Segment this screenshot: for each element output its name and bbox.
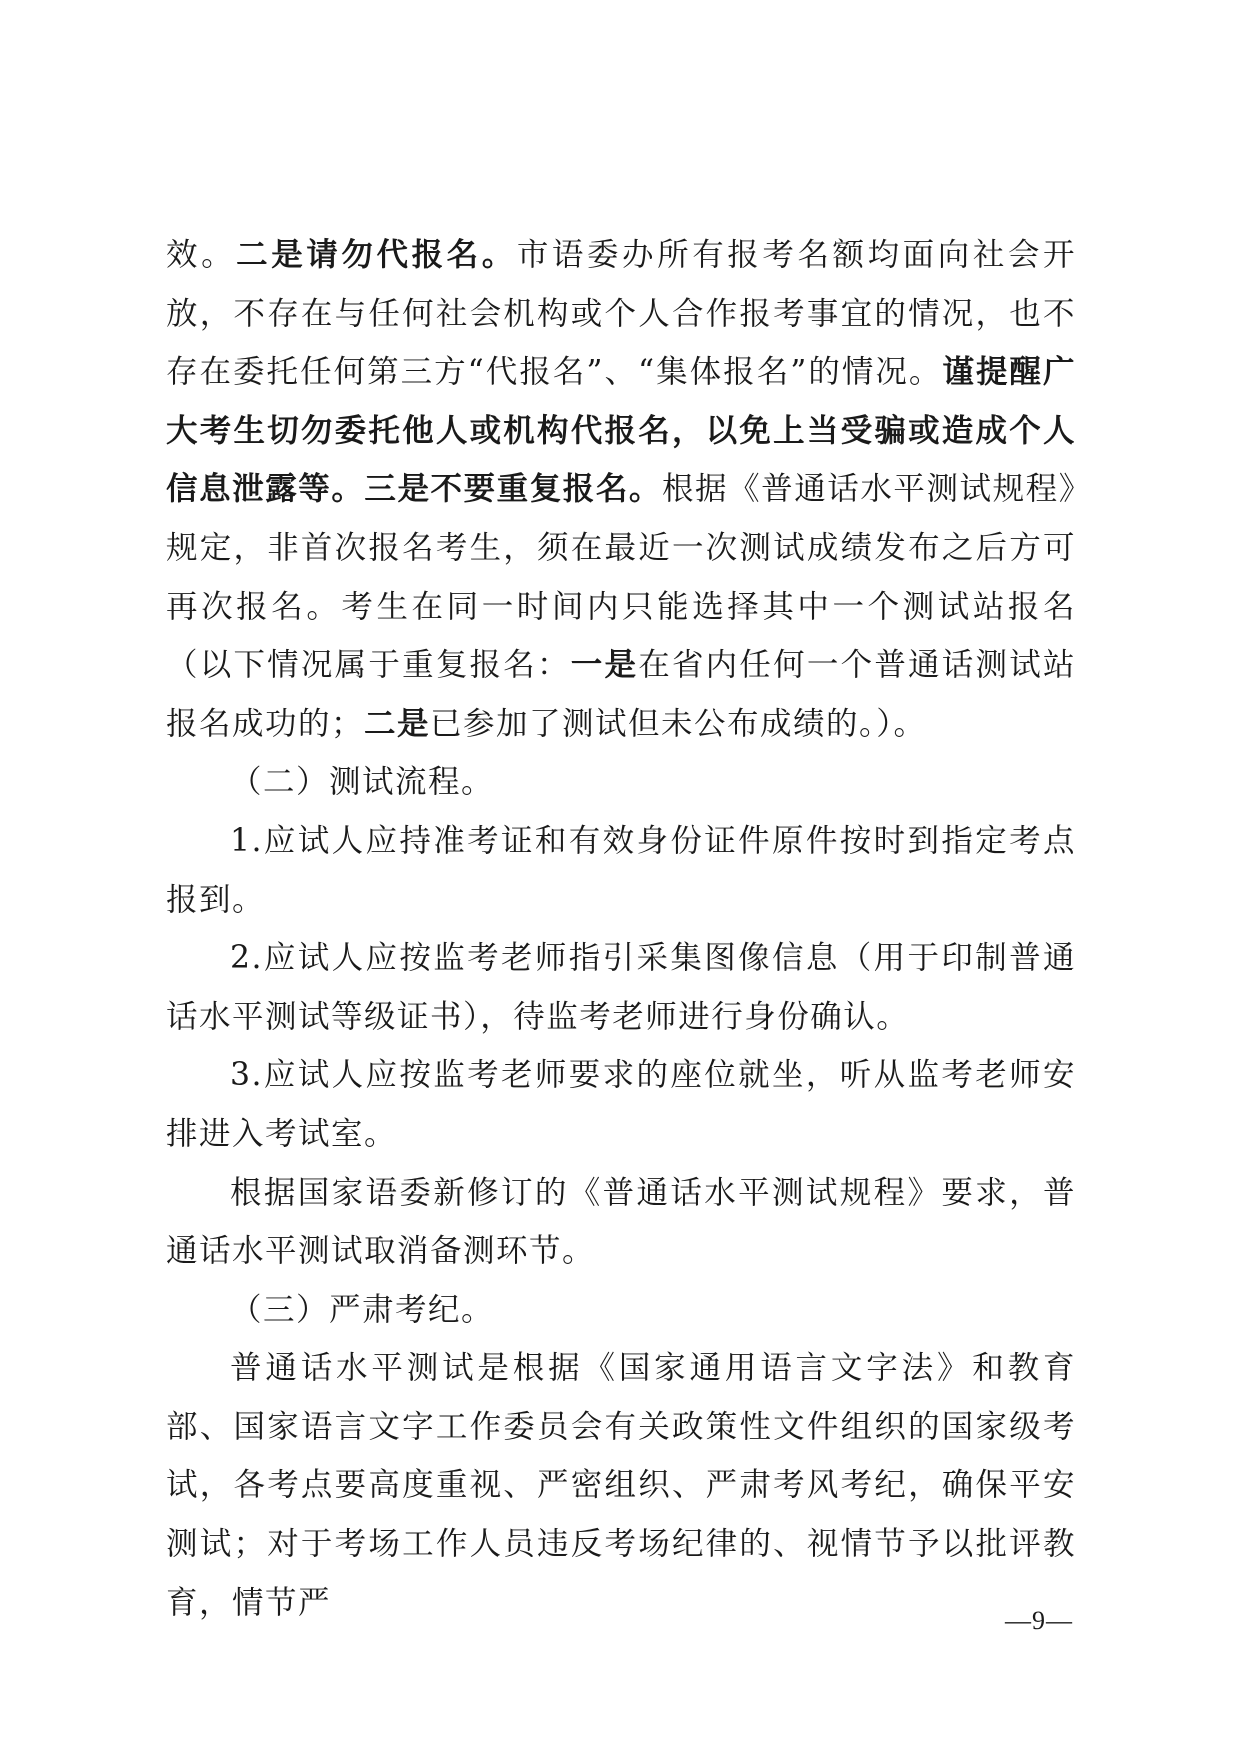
list-item-step-1: 1.应试人应持准考证和有效身份证件原件按时到指定考点报到。 xyxy=(166,812,1076,929)
paragraph-rule-note: 根据国家语委新修订的《普通话水平测试规程》要求，普通话水平测试取消备测环节。 xyxy=(166,1164,1076,1281)
heading-text: （二）测试流程。 xyxy=(230,764,494,800)
list-item-step-3: 3.应试人应按监考老师要求的座位就坐，听从监考老师安排进入考试室。 xyxy=(166,1046,1076,1163)
heading-text: （三）严肃考纪。 xyxy=(230,1292,494,1328)
text-run: 效。 xyxy=(166,237,236,273)
bold-heading-no-duplicate-registration: 三是不要重复报名。 xyxy=(364,471,662,507)
paragraph-text: 根据国家语委新修订的《普通话水平测试规程》要求，普通话水平测试取消备测环节。 xyxy=(166,1175,1076,1270)
item-text: 3.应试人应按监考老师要求的座位就坐，听从监考老师安排进入考试室。 xyxy=(166,1057,1076,1152)
list-item-step-2: 2.应试人应按监考老师指引采集图像信息（用于印制普通话水平测试等级证书），待监考… xyxy=(166,929,1076,1046)
section-heading-test-process: （二）测试流程。 xyxy=(166,753,1076,812)
section-heading-exam-discipline: （三）严肃考纪。 xyxy=(166,1281,1076,1340)
document-page: 效。二是请勿代报名。市语委办所有报考名额均面向社会开放，不存在与任何社会机构或个… xyxy=(166,226,1076,1632)
page-number: —9— xyxy=(1005,1606,1073,1636)
bold-marker-first: 一是 xyxy=(571,647,638,683)
paragraph-registration-notes: 效。二是请勿代报名。市语委办所有报考名额均面向社会开放，不存在与任何社会机构或个… xyxy=(166,226,1076,753)
bold-heading-no-proxy-registration: 二是请勿代报名。 xyxy=(236,237,517,273)
paragraph-text: 普通话水平测试是根据《国家通用语言文字法》和教育部、国家语言文字工作委员会有关政… xyxy=(166,1350,1076,1620)
item-text: 2.应试人应按监考老师指引采集图像信息（用于印制普通话水平测试等级证书），待监考… xyxy=(166,940,1076,1035)
item-text: 1.应试人应持准考证和有效身份证件原件按时到指定考点报到。 xyxy=(166,823,1076,918)
bold-marker-second: 二是 xyxy=(364,706,430,742)
paragraph-exam-discipline: 普通话水平测试是根据《国家通用语言文字法》和教育部、国家语言文字工作委员会有关政… xyxy=(166,1339,1076,1632)
text-run: 已参加了测试但未公布成绩的。）。 xyxy=(430,706,927,742)
